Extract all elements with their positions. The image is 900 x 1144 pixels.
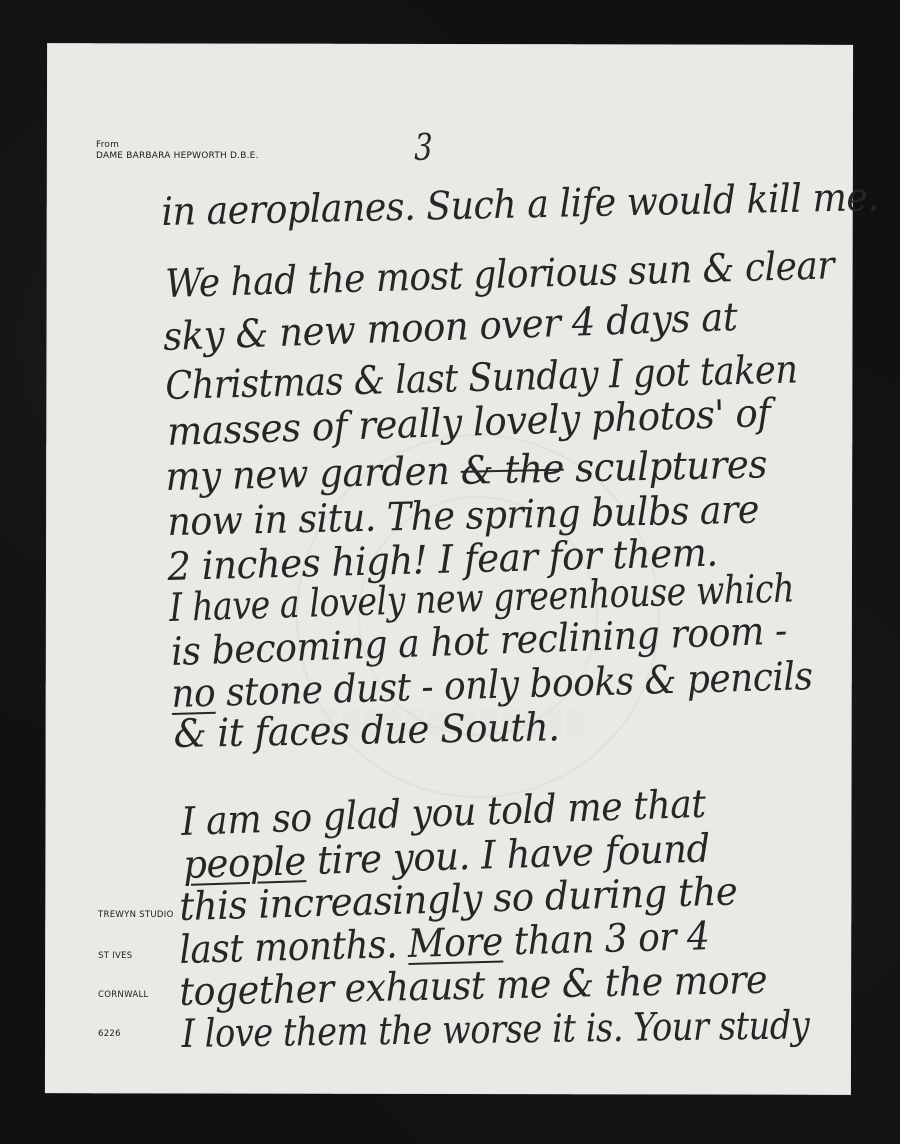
- line-text-b: sculptures: [563, 442, 767, 491]
- handwritten-line: & it faces due South.: [173, 705, 560, 757]
- line-text-b: than 3 or 4: [502, 914, 710, 964]
- line-text-a: my new garden: [165, 449, 461, 500]
- underlined-word-no: no: [171, 671, 216, 717]
- underlined-word-people: people: [183, 839, 307, 888]
- address-county: CORNWALL: [98, 990, 149, 1000]
- struck-text: & the: [460, 447, 564, 494]
- handwritten-line: I love them the worse it is. Your study: [181, 1003, 809, 1057]
- handwritten-line: sky & new moon over 4 days at: [162, 295, 738, 360]
- handwritten-body: in aeroplanes. Such a life would kill me…: [160, 0, 850, 1144]
- address-phone: 6226: [98, 1029, 121, 1039]
- handwritten-line: in aeroplanes. Such a life would kill me…: [161, 175, 879, 235]
- underlined-word-more: More: [407, 920, 503, 967]
- address-town: ST IVES: [98, 951, 132, 961]
